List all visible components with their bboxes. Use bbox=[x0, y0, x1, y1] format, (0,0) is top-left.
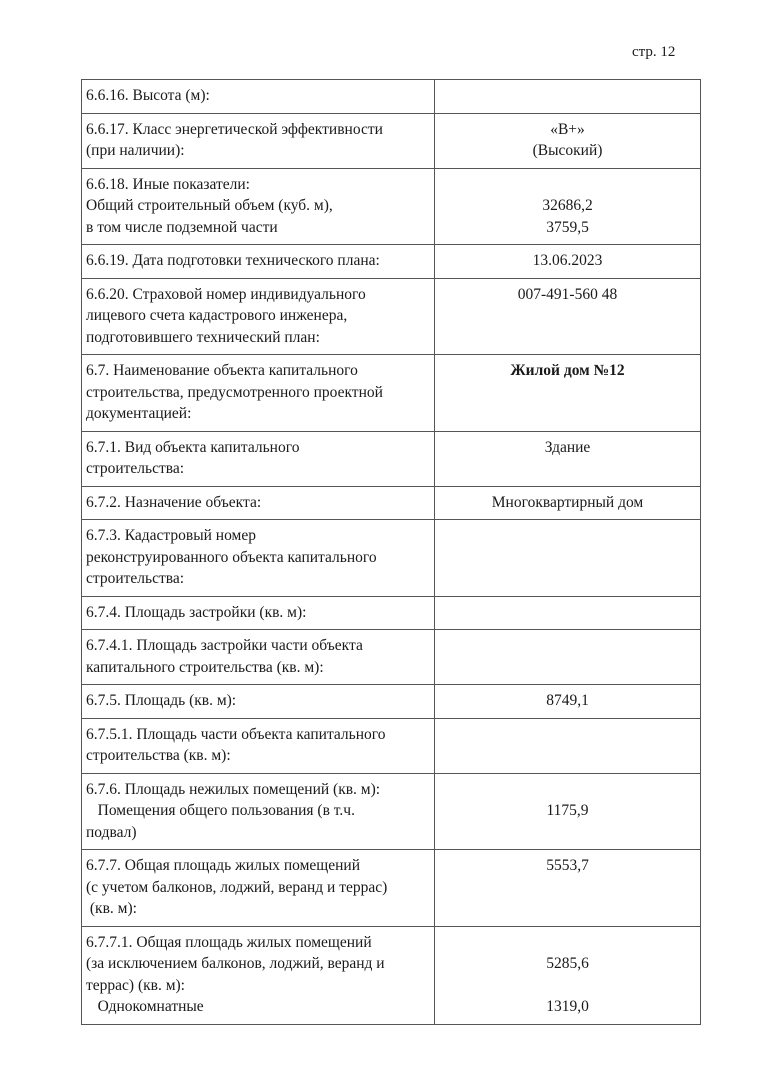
row-label: 6.6.18. Иные показатели:Общий строительн… bbox=[82, 168, 435, 245]
row-value: 1175,9 bbox=[435, 773, 701, 850]
label-line: Однокомнатные bbox=[86, 996, 430, 1018]
value-line: Многоквартирный дом bbox=[439, 492, 696, 514]
row-label: 6.7.6. Площадь нежилых помещений (кв. м)… bbox=[82, 773, 435, 850]
row-value: Многоквартирный дом bbox=[435, 486, 701, 520]
label-line: 6.6.17. Класс энергетической эффективнос… bbox=[86, 119, 430, 141]
table-row: 6.6.18. Иные показатели:Общий строительн… bbox=[82, 168, 701, 245]
row-value bbox=[435, 630, 701, 685]
table-row: 6.7.7.1. Общая площадь жилых помещений(з… bbox=[82, 926, 701, 1024]
row-value: 13.06.2023 bbox=[435, 245, 701, 279]
row-label: 6.7.2. Назначение объекта: bbox=[82, 486, 435, 520]
label-line: строительства: bbox=[86, 568, 430, 590]
label-line: (за исключением балконов, лоджий, веранд… bbox=[86, 953, 430, 975]
table-row: 6.7.7. Общая площадь жилых помещений(с у… bbox=[82, 850, 701, 927]
row-value: «В+»(Высокий) bbox=[435, 113, 701, 168]
value-line: 5553,7 bbox=[439, 855, 696, 877]
label-line: террас) (кв. м): bbox=[86, 975, 430, 997]
label-line: 6.6.20. Страховой номер индивидуального bbox=[86, 284, 430, 306]
row-label: 6.7.7.1. Общая площадь жилых помещений(з… bbox=[82, 926, 435, 1024]
value-line: 8749,1 bbox=[439, 690, 696, 712]
value-line: 3759,5 bbox=[439, 217, 696, 239]
label-line: 6.6.16. Высота (м): bbox=[86, 85, 430, 107]
row-label: 6.7.1. Вид объекта капитальногостроитель… bbox=[82, 431, 435, 486]
row-label: 6.7.5. Площадь (кв. м): bbox=[82, 685, 435, 719]
table-row: 6.7.5.1. Площадь части объекта капитальн… bbox=[82, 718, 701, 773]
label-line: реконструированного объекта капитального bbox=[86, 547, 430, 569]
row-value: 8749,1 bbox=[435, 685, 701, 719]
label-line: 6.7.2. Назначение объекта: bbox=[86, 492, 430, 514]
value-line: «В+» bbox=[439, 119, 696, 141]
row-value: 5285,6 1319,0 bbox=[435, 926, 701, 1024]
label-line: (при наличии): bbox=[86, 140, 430, 162]
label-line: 6.7.7.1. Общая площадь жилых помещений bbox=[86, 932, 430, 954]
row-label: 6.6.19. Дата подготовки технического пла… bbox=[82, 245, 435, 279]
label-line: (кв. м): bbox=[86, 898, 430, 920]
row-value bbox=[435, 718, 701, 773]
value-line bbox=[439, 932, 696, 954]
label-line: (с учетом балконов, лоджий, веранд и тер… bbox=[86, 877, 430, 899]
row-label: 6.6.17. Класс энергетической эффективнос… bbox=[82, 113, 435, 168]
label-line: 6.7.1. Вид объекта капитального bbox=[86, 437, 430, 459]
value-line bbox=[439, 779, 696, 801]
table-row: 6.7.4. Площадь застройки (кв. м): bbox=[82, 596, 701, 630]
row-value: Здание bbox=[435, 431, 701, 486]
label-line: 6.6.18. Иные показатели: bbox=[86, 174, 430, 196]
label-line: 6.7.5.1. Площадь части объекта капитальн… bbox=[86, 724, 430, 746]
value-line: 007-491-560 48 bbox=[439, 284, 696, 306]
label-line: строительства, предусмотренного проектно… bbox=[86, 382, 430, 404]
value-line: Здание bbox=[439, 437, 696, 459]
label-line: 6.7.4. Площадь застройки (кв. м): bbox=[86, 602, 430, 624]
table-row: 6.7. Наименование объекта капитальногост… bbox=[82, 355, 701, 432]
table-row: 6.7.6. Площадь нежилых помещений (кв. м)… bbox=[82, 773, 701, 850]
value-line: 32686,2 bbox=[439, 195, 696, 217]
table-row: 6.7.2. Назначение объекта:Многоквартирны… bbox=[82, 486, 701, 520]
label-line: 6.7.7. Общая площадь жилых помещений bbox=[86, 855, 430, 877]
label-line: Общий строительный объем (куб. м), bbox=[86, 195, 430, 217]
label-line: 6.6.19. Дата подготовки технического пла… bbox=[86, 250, 430, 272]
row-label: 6.6.16. Высота (м): bbox=[82, 80, 435, 114]
row-label: 6.7.3. Кадастровый номерреконструированн… bbox=[82, 520, 435, 597]
value-line bbox=[439, 975, 696, 997]
row-value bbox=[435, 596, 701, 630]
table-row: 6.7.5. Площадь (кв. м):8749,1 bbox=[82, 685, 701, 719]
page-number: стр. 12 bbox=[632, 44, 675, 61]
label-line: документацией: bbox=[86, 403, 430, 425]
row-label: 6.7. Наименование объекта капитальногост… bbox=[82, 355, 435, 432]
row-label: 6.7.4.1. Площадь застройки части объекта… bbox=[82, 630, 435, 685]
table-row: 6.6.16. Высота (м): bbox=[82, 80, 701, 114]
value-line: (Высокий) bbox=[439, 140, 696, 162]
label-line: 6.7.4.1. Площадь застройки части объекта bbox=[86, 635, 430, 657]
label-line: в том числе подземной части bbox=[86, 217, 430, 239]
label-line: подготовившего технический план: bbox=[86, 327, 430, 349]
row-value bbox=[435, 80, 701, 114]
value-line: 5285,6 bbox=[439, 953, 696, 975]
table-row: 6.7.3. Кадастровый номерреконструированн… bbox=[82, 520, 701, 597]
technical-plan-table: 6.6.16. Высота (м): 6.6.17. Класс энерге… bbox=[81, 79, 701, 1025]
row-value: 32686,23759,5 bbox=[435, 168, 701, 245]
label-line: строительства: bbox=[86, 458, 430, 480]
value-line: Жилой дом №12 bbox=[439, 360, 696, 382]
row-value: Жилой дом №12 bbox=[435, 355, 701, 432]
value-line: 1175,9 bbox=[439, 800, 696, 822]
row-label: 6.7.7. Общая площадь жилых помещений(с у… bbox=[82, 850, 435, 927]
label-line: Помещения общего пользования (в т.ч. bbox=[86, 800, 430, 822]
label-line: 6.7.5. Площадь (кв. м): bbox=[86, 690, 430, 712]
value-line: 1319,0 bbox=[439, 996, 696, 1018]
row-label: 6.6.20. Страховой номер индивидуальногол… bbox=[82, 278, 435, 355]
label-line: 6.7.3. Кадастровый номер bbox=[86, 525, 430, 547]
row-value: 5553,7 bbox=[435, 850, 701, 927]
label-line: 6.7.6. Площадь нежилых помещений (кв. м)… bbox=[86, 779, 430, 801]
table-row: 6.7.1. Вид объекта капитальногостроитель… bbox=[82, 431, 701, 486]
label-line: подвал) bbox=[86, 822, 430, 844]
row-value bbox=[435, 520, 701, 597]
row-value: 007-491-560 48 bbox=[435, 278, 701, 355]
label-line: 6.7. Наименование объекта капитального bbox=[86, 360, 430, 382]
row-label: 6.7.5.1. Площадь части объекта капитальн… bbox=[82, 718, 435, 773]
label-line: капитального строительства (кв. м): bbox=[86, 657, 430, 679]
table-row: 6.6.17. Класс энергетической эффективнос… bbox=[82, 113, 701, 168]
label-line: строительства (кв. м): bbox=[86, 745, 430, 767]
table-row: 6.7.4.1. Площадь застройки части объекта… bbox=[82, 630, 701, 685]
label-line: лицевого счета кадастрового инженера, bbox=[86, 305, 430, 327]
table-row: 6.6.20. Страховой номер индивидуальногол… bbox=[82, 278, 701, 355]
value-line: 13.06.2023 bbox=[439, 250, 696, 272]
value-line bbox=[439, 174, 696, 196]
table-row: 6.6.19. Дата подготовки технического пла… bbox=[82, 245, 701, 279]
row-label: 6.7.4. Площадь застройки (кв. м): bbox=[82, 596, 435, 630]
